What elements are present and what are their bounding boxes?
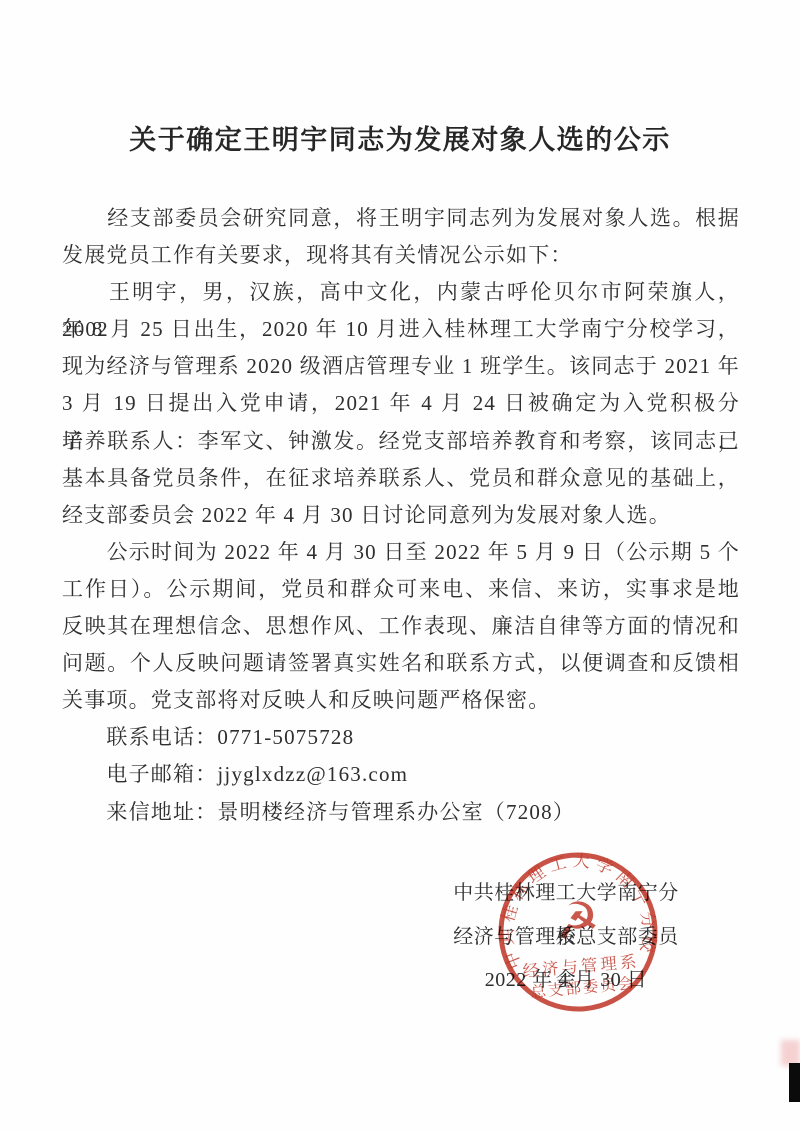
signature-date: 2022 年 4 月 30 日 <box>448 959 684 1003</box>
body-line: 发展党员工作有关要求，现将其有关情况公示如下： <box>62 237 740 274</box>
body-line: 来信地址：景明楼经济与管理系办公室（7208） <box>62 794 740 831</box>
scan-artifact-black-mark <box>789 1063 800 1102</box>
signature-org-line-2: 经济与管理系总支部委员会 <box>448 916 684 960</box>
signature-block: 中共桂林理工大学南宁分校 经济与管理系总支部委员会 2022 年 4 月 30 … <box>448 872 684 1003</box>
body-line: 3 月 19 日提出入党申请，2021 年 4 月 24 日被确定为入党积极分子… <box>62 385 740 422</box>
body-line: 联系电话：0771-5075728 <box>62 719 740 756</box>
body-line: 现为经济与管理系 2020 级酒店管理专业 1 班学生。该同志于 2021 年 <box>62 348 740 385</box>
body-line: 基本具备党员条件，在征求培养联系人、党员和群众意见的基础上， <box>62 460 740 497</box>
body-lines: 经支部委员会研究同意，将王明宇同志列为发展对象人选。根据发展党员工作有关要求，现… <box>62 200 740 831</box>
body-line: 培养联系人：李军文、钟激发。经党支部培养教育和考察，该同志已 <box>62 423 740 460</box>
body-line: 年 8 月 25 日出生，2020 年 10 月进入桂林理工大学南宁分校学习， <box>62 311 740 348</box>
body-line: 反映其在理想信念、思想作风、工作表现、廉洁自律等方面的情况和 <box>62 608 740 645</box>
scanned-notice-page: 关于确定王明宇同志为发展对象人选的公示 经支部委员会研究同意，将王明宇同志列为发… <box>0 0 800 1131</box>
body-line: 问题。个人反映问题请签署真实姓名和联系方式，以便调查和反馈相 <box>62 645 740 682</box>
signature-org-line-1: 中共桂林理工大学南宁分校 <box>448 872 684 916</box>
body-line: 经支部委员会研究同意，将王明宇同志列为发展对象人选。根据 <box>62 200 740 237</box>
body-line: 电子邮箱：jjyglxdzz@163.com <box>62 756 740 793</box>
page-title: 关于确定王明宇同志为发展对象人选的公示 <box>0 118 800 157</box>
body-line: 关事项。党支部将对反映人和反映问题严格保密。 <box>62 682 740 719</box>
body-line: 工作日）。公示期间，党员和群众可来电、来信、来访，实事求是地 <box>62 571 740 608</box>
body-line: 公示时间为 2022 年 4 月 30 日至 2022 年 5 月 9 日（公示… <box>62 534 740 571</box>
body-line: 经支部委员会 2022 年 4 月 30 日讨论同意列为发展对象人选。 <box>62 497 740 534</box>
body-line: 王明宇，男，汉族，高中文化，内蒙古呼伦贝尔市阿荣旗人，2002 <box>62 274 740 311</box>
